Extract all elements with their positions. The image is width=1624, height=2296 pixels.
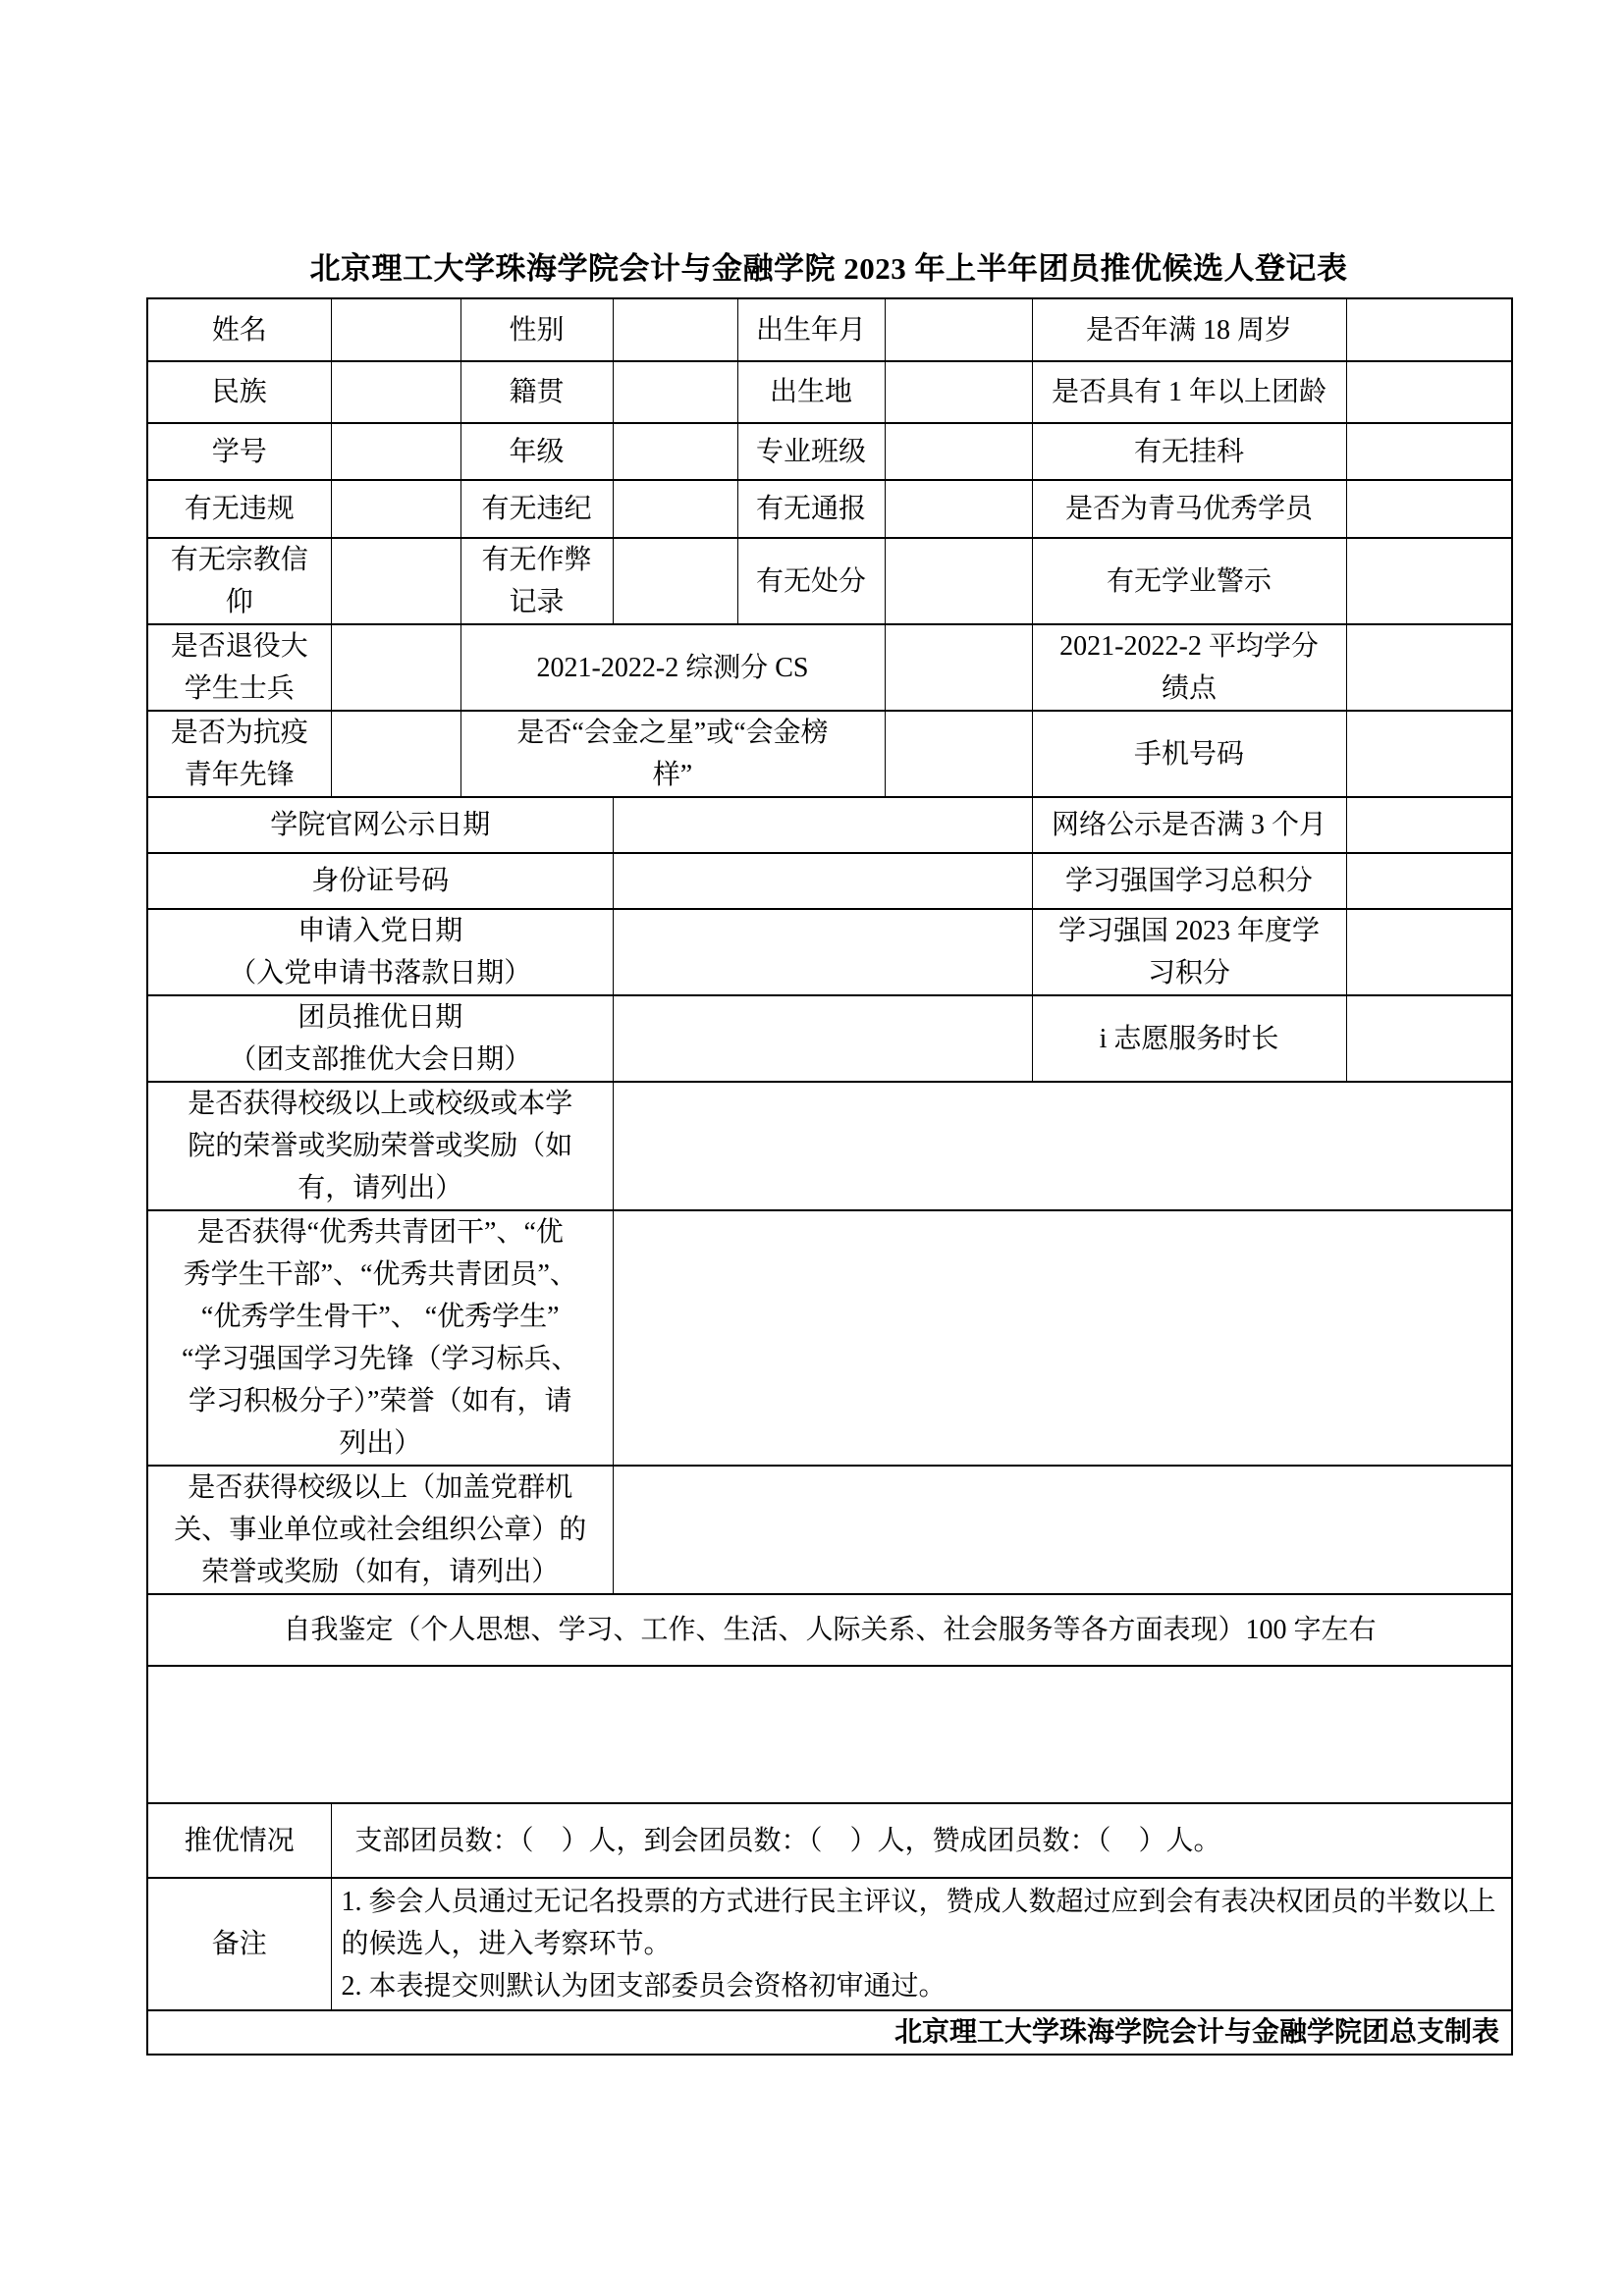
value-phone [1346, 711, 1512, 797]
label-honor-school: 是否获得校级以上或校级或本学 院的荣誉或奖励荣誉或奖励（如 有，请列出） [147, 1082, 613, 1210]
value-league-age [1346, 361, 1512, 423]
value-xuexi-total-points [1346, 853, 1512, 909]
row-ethnicity: 民族 籍贯 出生地 是否具有 1 年以上团龄 [147, 361, 1512, 423]
label-xuexi-total-points: 学习强国学习总积分 [1032, 853, 1346, 909]
value-notice [885, 480, 1032, 538]
value-honor-school [613, 1082, 1512, 1210]
value-student-id [331, 423, 460, 480]
label-publicity-3-months: 网络公示是否满 3 个月 [1032, 797, 1346, 853]
row-honor-school: 是否获得校级以上或校级或本学 院的荣誉或奖励荣誉或奖励（如 有，请列出） [147, 1082, 1512, 1210]
row-remarks: 备注 1. 参会人员通过无记名投票的方式进行民主评议，赞成人数超过应到会有表决权… [147, 1878, 1512, 2010]
label-native-place: 籍贯 [460, 361, 613, 423]
value-cheating [613, 538, 737, 624]
row-self-review-area [147, 1666, 1512, 1803]
label-i-volunteer-hours: i 志愿服务时长 [1032, 995, 1346, 1082]
label-grade: 年级 [460, 423, 613, 480]
value-grade [613, 423, 737, 480]
value-failed-course [1346, 423, 1512, 480]
value-league-recommend-date [613, 995, 1032, 1082]
value-age-18 [1346, 298, 1512, 361]
label-remarks: 备注 [147, 1878, 331, 2010]
registration-form-table: 姓名 性别 出生年月 是否年满 18 周岁 民族 籍贯 出生地 是否具有 1 年… [146, 297, 1513, 2056]
row-violation: 有无违规 有无违纪 有无通报 是否为青马优秀学员 [147, 480, 1512, 538]
label-notice: 有无通报 [737, 480, 885, 538]
row-publicity-date: 学院官网公示日期 网络公示是否满 3 个月 [147, 797, 1512, 853]
value-party-apply-date [613, 909, 1032, 995]
row-religion: 有无宗教信 仰 有无作弊 记录 有无处分 有无学业警示 [147, 538, 1512, 624]
label-veteran: 是否退役大 学生士兵 [147, 624, 331, 711]
label-discipline: 有无违纪 [460, 480, 613, 538]
row-party-apply-date: 申请入党日期 （入党申请书落款日期） 学习强国 2023 年度学 习积分 [147, 909, 1512, 995]
value-publicity-date [613, 797, 1032, 853]
row-recommendation: 推优情况 支部团员数：（ ）人，到会团员数：（ ）人，赞成团员数：（ ）人。 [147, 1803, 1512, 1878]
value-punishment [885, 538, 1032, 624]
value-birth-place [885, 361, 1032, 423]
label-comprehensive-score: 2021-2022-2 综测分 CS [460, 624, 885, 711]
label-league-age: 是否具有 1 年以上团龄 [1032, 361, 1346, 423]
value-ethnicity [331, 361, 460, 423]
row-id-number: 身份证号码 学习强国学习总积分 [147, 853, 1512, 909]
remarks-content: 1. 参会人员通过无记名投票的方式进行民主评议，赞成人数超过应到会有表决权团员的… [331, 1878, 1512, 2010]
label-birth-place: 出生地 [737, 361, 885, 423]
row-name: 姓名 性别 出生年月 是否年满 18 周岁 [147, 298, 1512, 361]
label-phone: 手机号码 [1032, 711, 1346, 797]
form-title: 北京理工大学珠海学院会计与金融学院 2023 年上半年团员推优候选人登记表 [146, 243, 1511, 288]
row-pioneer-phone: 是否为抗疫 青年先锋 是否“会金之星”或“会金榜 样” 手机号码 [147, 711, 1512, 797]
label-age-18: 是否年满 18 周岁 [1032, 298, 1346, 361]
self-review-writing-area [147, 1666, 1512, 1803]
label-name: 姓名 [147, 298, 331, 361]
label-cheating: 有无作弊 记录 [460, 538, 613, 624]
label-gpa: 2021-2022-2 平均学分 绩点 [1032, 624, 1346, 711]
label-league-recommend-date: 团员推优日期 （团支部推优大会日期） [147, 995, 613, 1082]
value-honor-above-school [613, 1466, 1512, 1594]
row-league-recommend-date: 团员推优日期 （团支部推优大会日期） i 志愿服务时长 [147, 995, 1512, 1082]
row-veteran-score: 是否退役大 学生士兵 2021-2022-2 综测分 CS 2021-2022-… [147, 624, 1512, 711]
label-ethnicity: 民族 [147, 361, 331, 423]
value-violation [331, 480, 460, 538]
label-publicity-date: 学院官网公示日期 [147, 797, 613, 853]
label-major-class: 专业班级 [737, 423, 885, 480]
value-anti-epidemic-pioneer [331, 711, 460, 797]
label-punishment: 有无处分 [737, 538, 885, 624]
value-publicity-3-months [1346, 797, 1512, 853]
label-qingma: 是否为青马优秀学员 [1032, 480, 1346, 538]
label-birth-date: 出生年月 [737, 298, 885, 361]
value-qingma [1346, 480, 1512, 538]
value-xuexi-2023-points [1346, 909, 1512, 995]
value-birth-date [885, 298, 1032, 361]
label-violation: 有无违规 [147, 480, 331, 538]
footer-note: 北京理工大学珠海学院会计与金融学院团总支制表 [147, 2010, 1512, 2055]
value-religion [331, 538, 460, 624]
value-major-class [885, 423, 1032, 480]
label-gender: 性别 [460, 298, 613, 361]
value-i-volunteer-hours [1346, 995, 1512, 1082]
label-student-id: 学号 [147, 423, 331, 480]
label-academic-warning: 有无学业警示 [1032, 538, 1346, 624]
label-failed-course: 有无挂科 [1032, 423, 1346, 480]
label-id-number: 身份证号码 [147, 853, 613, 909]
value-name [331, 298, 460, 361]
label-honor-above-school: 是否获得校级以上（加盖党群机 关、事业单位或社会组织公章）的 荣誉或奖励（如有，… [147, 1466, 613, 1594]
label-recommendation: 推优情况 [147, 1803, 331, 1878]
self-review-title: 自我鉴定（个人思想、学习、工作、生活、人际关系、社会服务等各方面表现）100 字… [147, 1594, 1512, 1666]
value-id-number [613, 853, 1032, 909]
row-honor-above-school: 是否获得校级以上（加盖党群机 关、事业单位或社会组织公章）的 荣誉或奖励（如有，… [147, 1466, 1512, 1594]
label-xuexi-2023-points: 学习强国 2023 年度学 习积分 [1032, 909, 1346, 995]
row-footer-note: 北京理工大学珠海学院会计与金融学院团总支制表 [147, 2010, 1512, 2055]
value-native-place [613, 361, 737, 423]
label-party-apply-date: 申请入党日期 （入党申请书落款日期） [147, 909, 613, 995]
value-gpa [1346, 624, 1512, 711]
value-discipline [613, 480, 737, 538]
row-honor-titles: 是否获得“优秀共青团干”、“优 秀学生干部”、“优秀共青团员”、 “优秀学生骨干… [147, 1210, 1512, 1466]
label-religion: 有无宗教信 仰 [147, 538, 331, 624]
value-star-award [885, 711, 1032, 797]
row-student-id: 学号 年级 专业班级 有无挂科 [147, 423, 1512, 480]
value-honor-titles [613, 1210, 1512, 1466]
row-self-review-title: 自我鉴定（个人思想、学习、工作、生活、人际关系、社会服务等各方面表现）100 字… [147, 1594, 1512, 1666]
value-gender [613, 298, 737, 361]
value-academic-warning [1346, 538, 1512, 624]
value-comprehensive-score [885, 624, 1032, 711]
recommendation-content: 支部团员数：（ ）人，到会团员数：（ ）人，赞成团员数：（ ）人。 [331, 1803, 1512, 1878]
label-honor-titles: 是否获得“优秀共青团干”、“优 秀学生干部”、“优秀共青团员”、 “优秀学生骨干… [147, 1210, 613, 1466]
label-star-award: 是否“会金之星”或“会金榜 样” [460, 711, 885, 797]
value-veteran [331, 624, 460, 711]
label-anti-epidemic-pioneer: 是否为抗疫 青年先锋 [147, 711, 331, 797]
